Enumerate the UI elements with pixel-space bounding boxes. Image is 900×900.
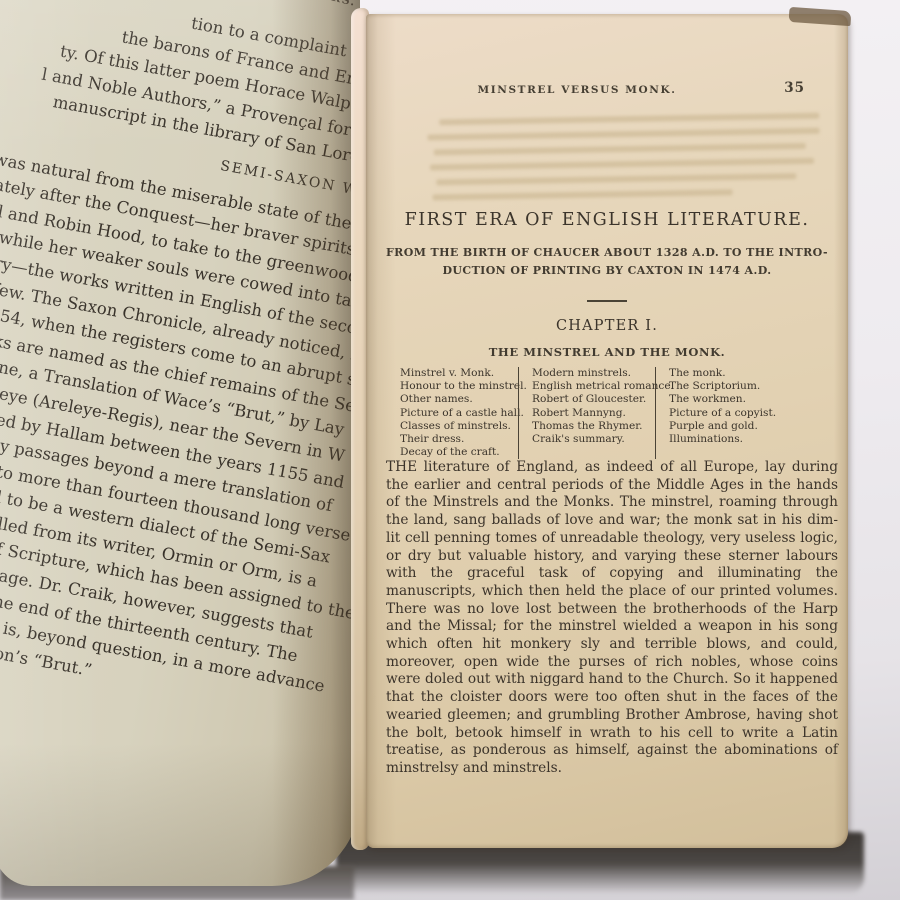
divider-rule bbox=[587, 300, 627, 302]
book-photo: TERS. tion to a complaint addressedthe b… bbox=[0, 0, 900, 900]
synopsis-item: The workmen. bbox=[669, 393, 800, 406]
chapter-title: THE MINSTREL AND THE MONK. bbox=[366, 345, 848, 359]
synopsis-column-3: The monk.The Scriptorium.The workmen.Pic… bbox=[655, 367, 800, 459]
synopsis-column-1: Minstrel v. Monk.Honour to the minstrel.… bbox=[400, 367, 518, 459]
era-subtitle-line1: FROM THE BIRTH OF CHAUCER ABOUT 1328 A.D… bbox=[366, 244, 848, 262]
synopsis-item: Minstrel v. Monk. bbox=[400, 367, 518, 380]
chapter-synopsis: Minstrel v. Monk.Honour to the minstrel.… bbox=[400, 367, 800, 459]
page-number: 35 bbox=[784, 80, 805, 96]
synopsis-item: The monk. bbox=[669, 367, 800, 380]
synopsis-item: English metrical romance. bbox=[532, 380, 655, 393]
synopsis-item: Thomas the Rhymer. bbox=[532, 420, 655, 433]
synopsis-item: Craik's summary. bbox=[532, 433, 655, 446]
synopsis-item: The Scriptorium. bbox=[669, 380, 800, 393]
synopsis-item: Picture of a castle hall. bbox=[400, 407, 518, 420]
synopsis-item: Robert of Gloucester. bbox=[532, 393, 655, 406]
running-head: MINSTREL VERSUS MONK. bbox=[366, 84, 788, 96]
left-page: TERS. tion to a complaint addressedthe b… bbox=[0, 0, 360, 886]
synopsis-column-2: Modern minstrels.English metrical romanc… bbox=[518, 367, 655, 459]
synopsis-item: Illuminations. bbox=[669, 433, 800, 446]
era-subtitle-line2: DUCTION OF PRINTING BY CAXTON IN 1474 A.… bbox=[366, 262, 848, 280]
left-page-running-head-fragment: TERS. bbox=[311, 0, 357, 9]
synopsis-item: Purple and gold. bbox=[669, 420, 800, 433]
chapter-heading: CHAPTER I. bbox=[366, 318, 848, 334]
era-subtitle: FROM THE BIRTH OF CHAUCER ABOUT 1328 A.D… bbox=[366, 244, 848, 280]
top-corner-smudge bbox=[789, 7, 852, 26]
synopsis-item: Classes of minstrels. bbox=[400, 420, 518, 433]
synopsis-item: Robert Mannyng. bbox=[532, 407, 655, 420]
right-page: MINSTREL VERSUS MONK. 35 FIRST ERA OF EN… bbox=[366, 14, 848, 848]
synopsis-item: Decay of the craft. bbox=[400, 446, 518, 459]
era-title: FIRST ERA OF ENGLISH LITERATURE. bbox=[366, 210, 848, 230]
left-page-body-lines: was natural from the miserable state of … bbox=[0, 146, 360, 764]
synopsis-item: Modern minstrels. bbox=[532, 367, 655, 380]
synopsis-item: Their dress. bbox=[400, 433, 518, 446]
synopsis-item: Honour to the minstrel. bbox=[400, 380, 518, 393]
body-paragraph: THE literature of England, as indeed of … bbox=[386, 459, 838, 778]
left-page-text-block: tion to a complaint addressedthe barons … bbox=[0, 0, 360, 764]
synopsis-item: Other names. bbox=[400, 393, 518, 406]
show-through-ghost-lines bbox=[427, 112, 833, 209]
synopsis-item: Picture of a copyist. bbox=[669, 407, 800, 420]
